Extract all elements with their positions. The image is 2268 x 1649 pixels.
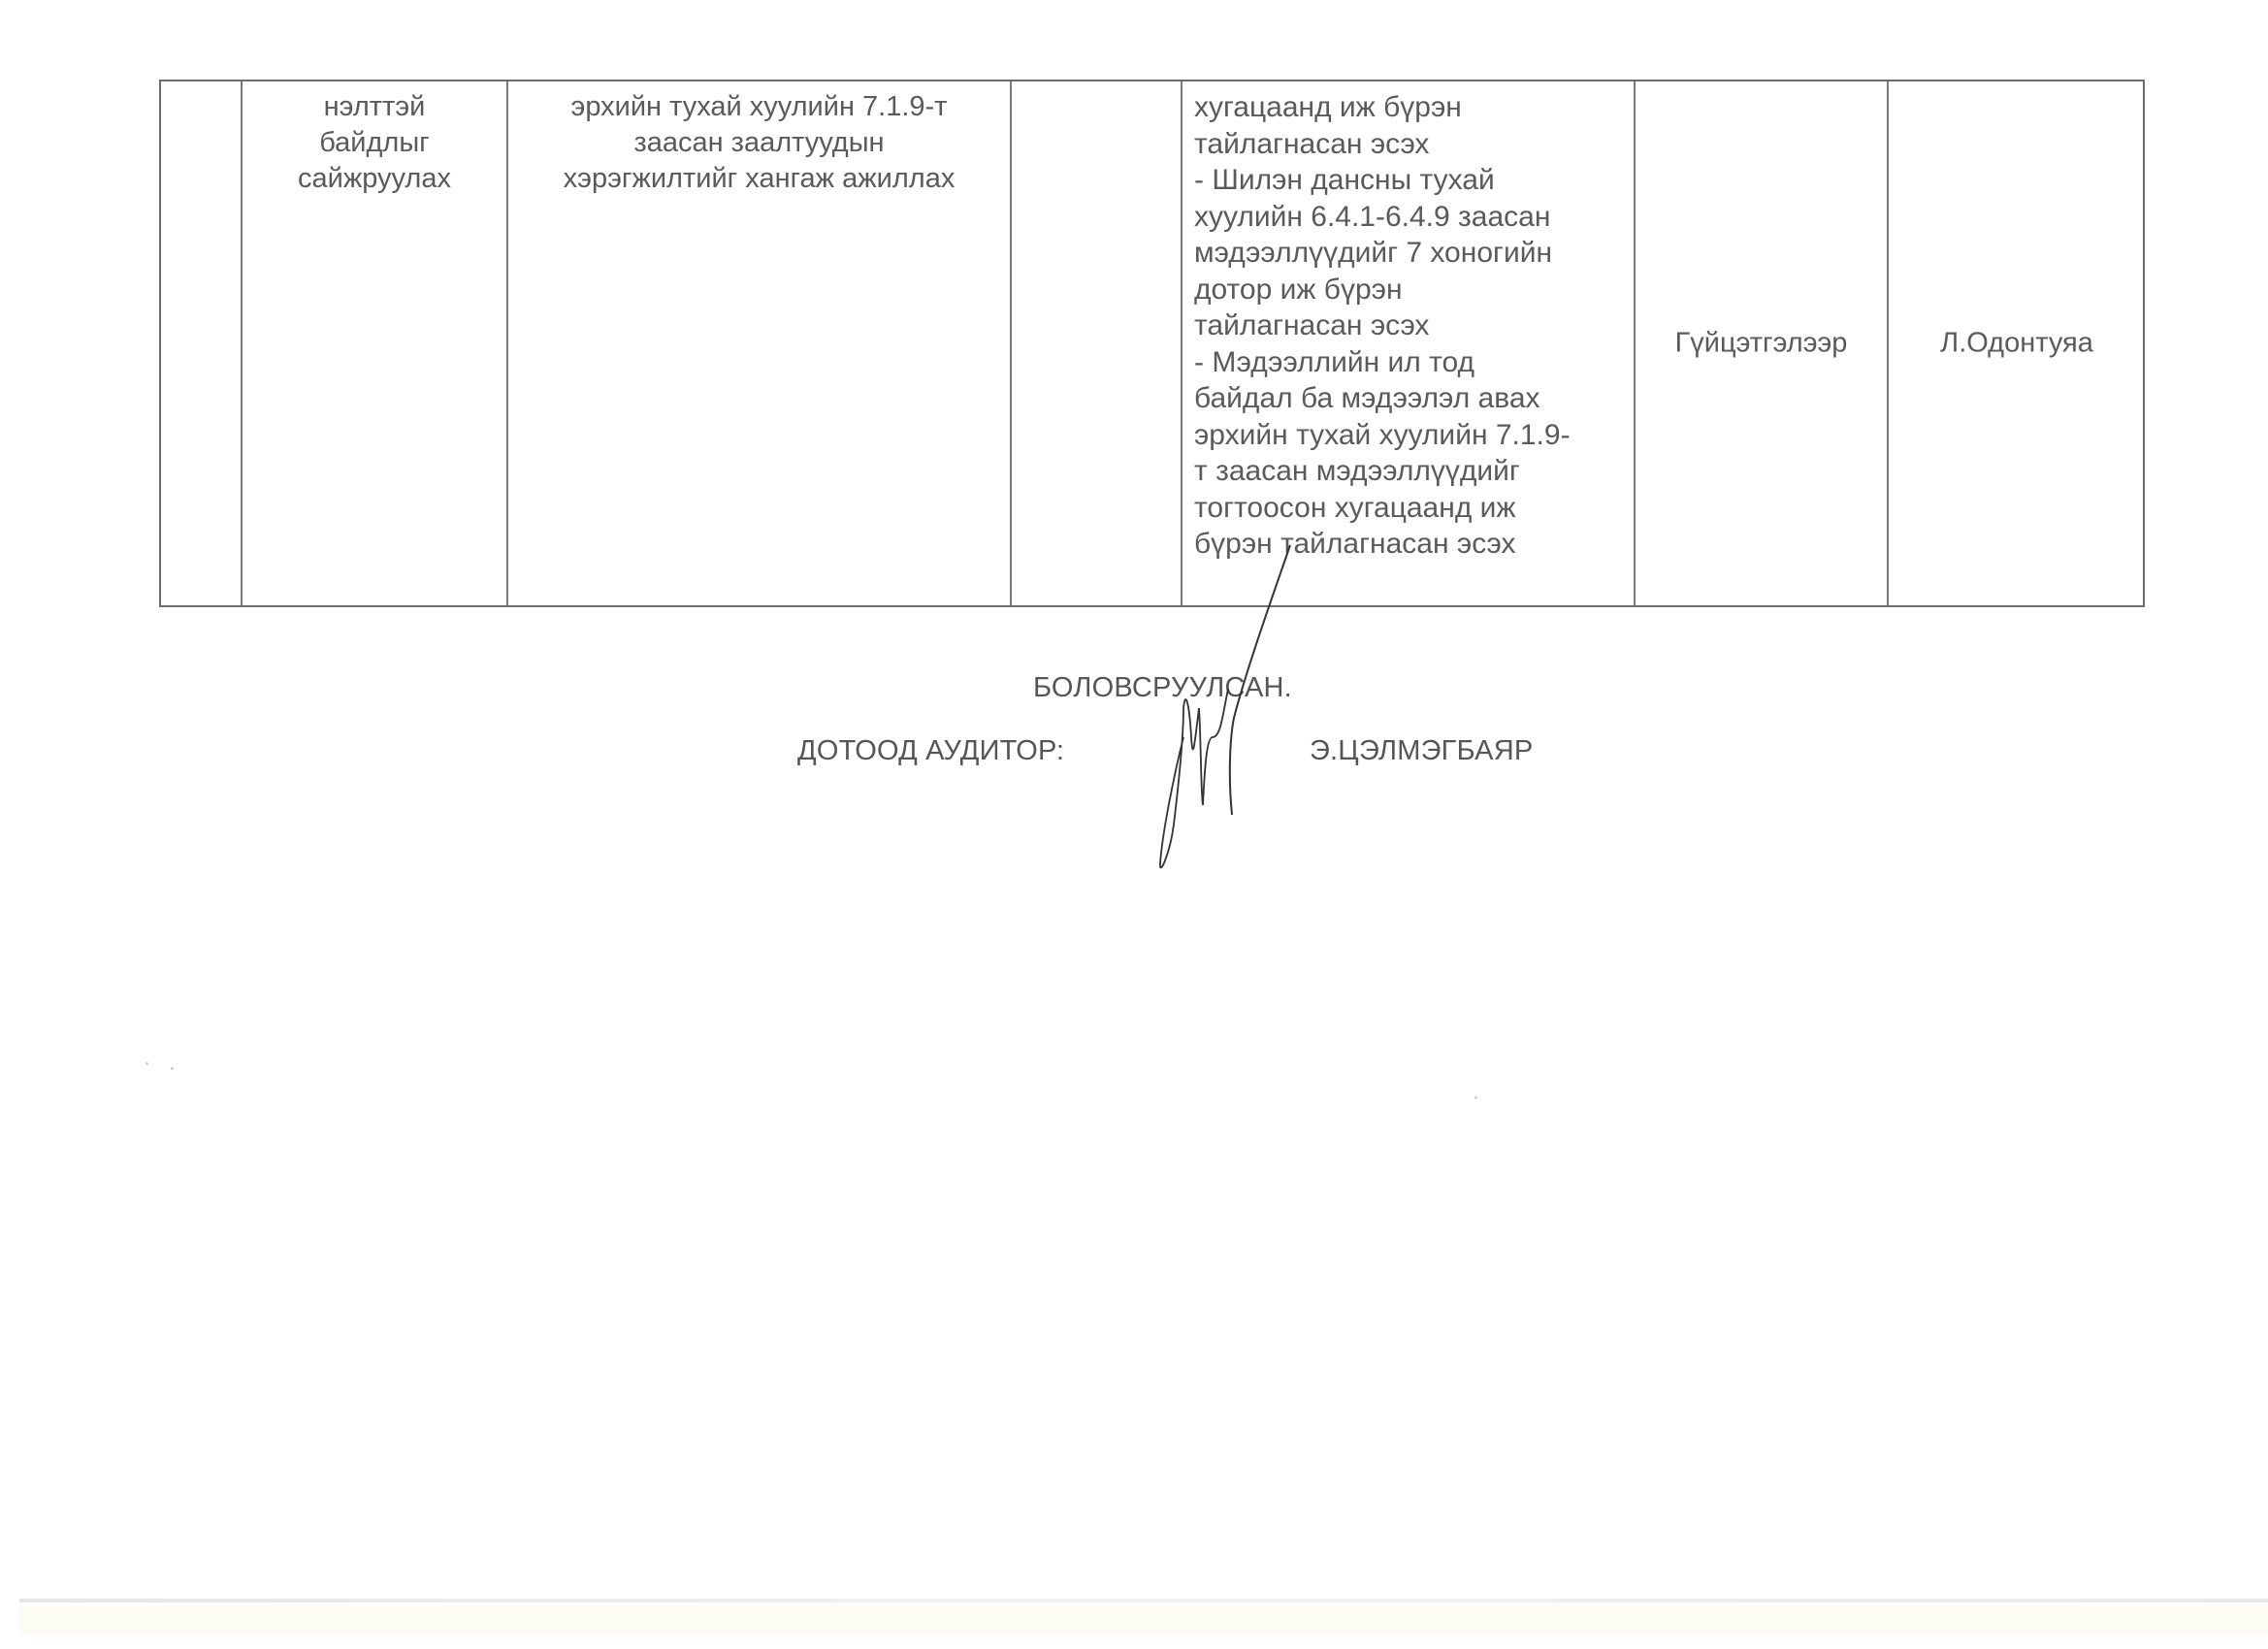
responsible-text: Л.Одонтуяа <box>1889 328 2145 360</box>
criteria-line: хуулийн 6.4.1-6.4.9 заасан <box>1194 199 1628 236</box>
scan-edge <box>19 1599 2268 1602</box>
objective-line: байдлыг <box>243 125 506 161</box>
cell-empty <box>1010 81 1181 605</box>
audit-plan-table: нэлттэй байдлыг сайжруулах эрхийн тухай … <box>159 80 2145 607</box>
cell-objective: нэлттэй байдлыг сайжруулах <box>241 81 506 605</box>
activity-line: эрхийн тухай хуулийн 7.1.9-т <box>508 89 1010 125</box>
auditor-name: Э.ЦЭЛМЭГБАЯР <box>1310 735 1533 767</box>
criteria-line: тогтоосон хугацаанд иж <box>1194 490 1628 527</box>
auditor-title: ДОТООД АУДИТОР: <box>797 735 1064 767</box>
criteria-line: хугацаанд иж бүрэн <box>1194 89 1628 126</box>
scan-speck <box>171 1067 174 1070</box>
criteria-line: мэдээллүүдийг 7 хоногийн <box>1194 235 1628 272</box>
signature-mark <box>1145 543 1300 873</box>
scan-tint <box>19 1605 2268 1634</box>
criteria-line: дотор иж бүрэн <box>1194 272 1628 308</box>
cell-activity: эрхийн тухай хуулийн 7.1.9-т заасан заал… <box>506 81 1010 605</box>
criteria-line: тайлагнасан эсэх <box>1194 126 1628 163</box>
activity-line: заасан заалтуудын <box>508 125 1010 161</box>
method-text: Гүйцэтгэлээр <box>1636 328 1887 360</box>
objective-line: нэлттэй <box>243 89 506 125</box>
cell-index <box>161 81 241 605</box>
cell-responsible: Л.Одонтуяа <box>1887 81 2145 605</box>
cell-method: Гүйцэтгэлээр <box>1634 81 1887 605</box>
criteria-line: эрхийн тухай хуулийн 7.1.9- <box>1194 417 1628 454</box>
objective-line: сайжруулах <box>243 161 506 197</box>
scan-speck <box>146 1062 148 1065</box>
scan-speck <box>1474 1096 1477 1099</box>
criteria-line: - Мэдээллийн ил тод <box>1194 344 1628 381</box>
criteria-line: байдал ба мэдээлэл авах <box>1194 380 1628 417</box>
cell-criteria: хугацаанд иж бүрэн тайлагнасан эсэх - Ши… <box>1181 81 1634 605</box>
criteria-line: тайлагнасан эсэх <box>1194 307 1628 344</box>
activity-line: хэрэгжилтийг хангаж ажиллах <box>508 161 1010 197</box>
criteria-line: - Шилэн дансны тухай <box>1194 162 1628 199</box>
criteria-line: т заасан мэдээллүүдийг <box>1194 453 1628 490</box>
